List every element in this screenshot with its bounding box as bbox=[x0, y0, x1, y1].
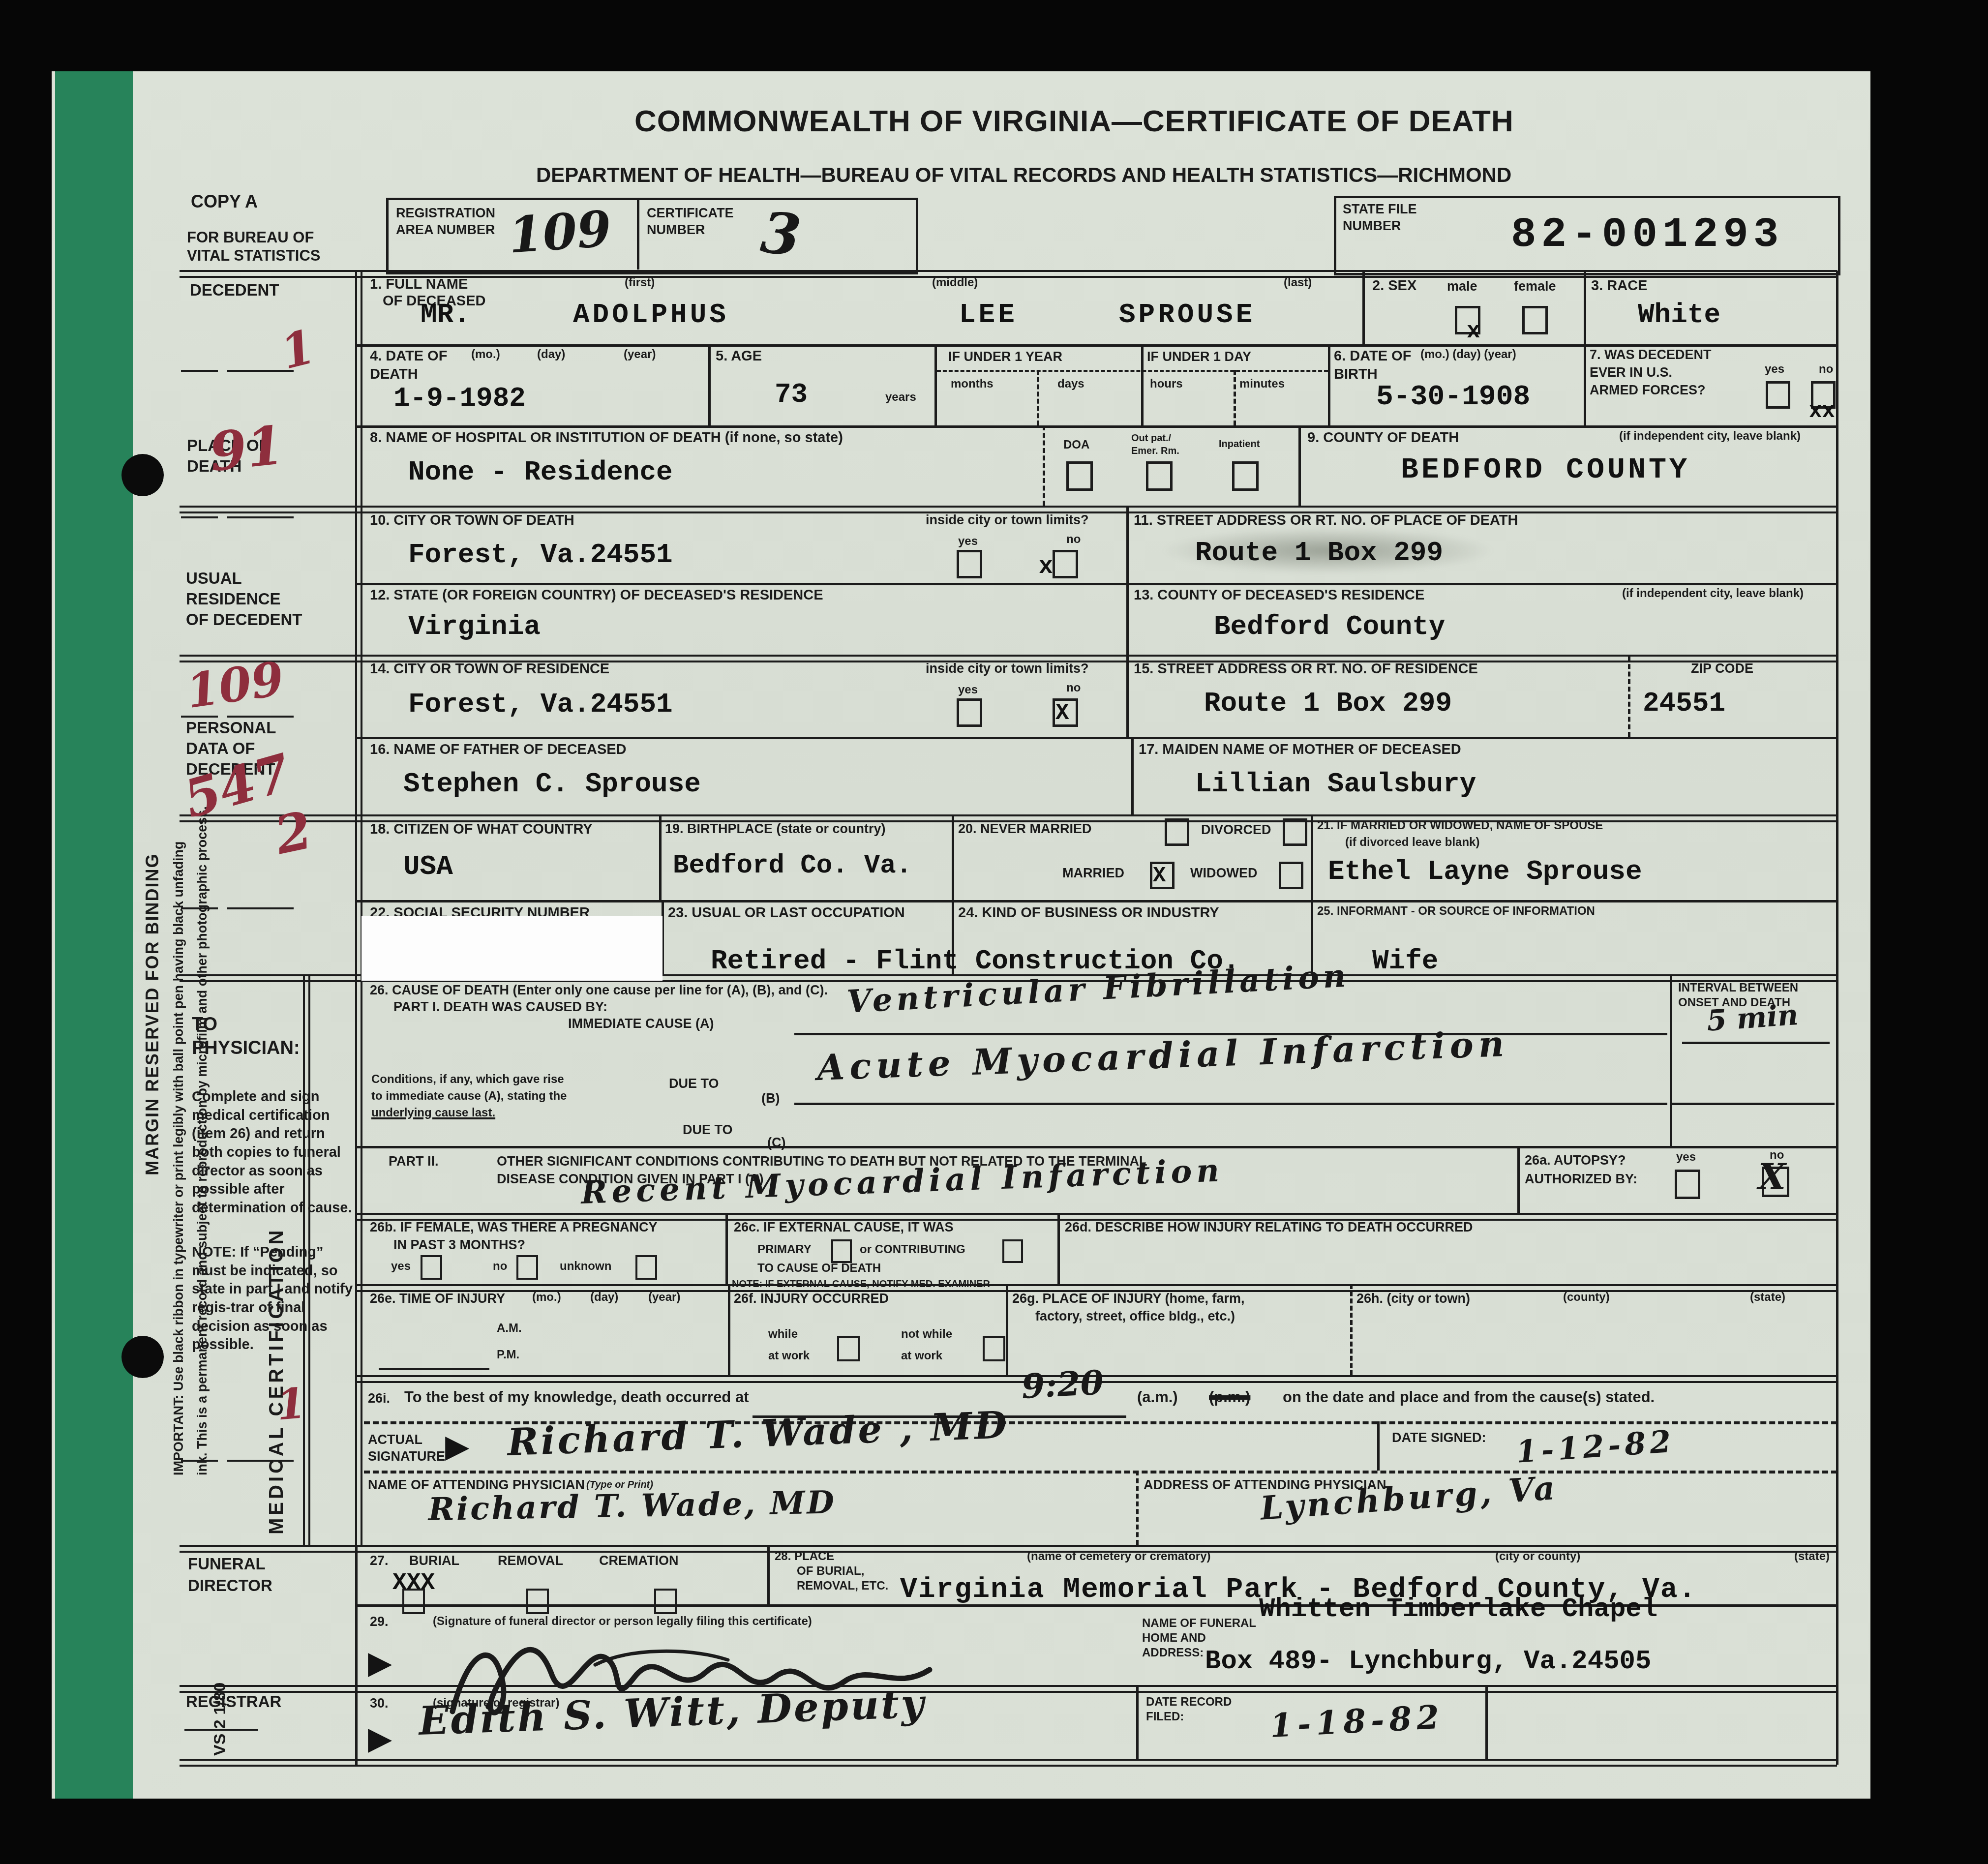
grid-line bbox=[180, 1545, 1837, 1553]
registration-area-label-2: AREA NUMBER bbox=[396, 222, 495, 237]
grid-line bbox=[1584, 272, 1586, 344]
contributing-label: or CONTRIBUTING bbox=[860, 1243, 965, 1257]
c-label: (C) bbox=[767, 1135, 785, 1150]
never-married-checkbox bbox=[1165, 818, 1189, 846]
field-13-note: (if independent city, leave blank) bbox=[1622, 587, 1804, 601]
autopsy-no-mark: X bbox=[1758, 1156, 1786, 1198]
state-file-label-2: NUMBER bbox=[1343, 218, 1401, 233]
field-3-label: 3. RACE bbox=[1591, 278, 1647, 294]
field-17-label: 17. MAIDEN NAME OF MOTHER OF DECEASED bbox=[1139, 742, 1461, 757]
name-first-value: ADOLPHUS bbox=[573, 299, 729, 331]
limits-14-no-mark: X bbox=[1055, 700, 1069, 726]
limits-10-no-mark: x bbox=[1039, 554, 1053, 580]
field-4-year: (year) bbox=[624, 348, 656, 361]
grid-line bbox=[1362, 272, 1365, 344]
field-26d-label: 26d. DESCRIBE HOW INJURY RELATING TO DEA… bbox=[1065, 1220, 1473, 1234]
field-7-label-3: ARMED FORCES? bbox=[1590, 383, 1706, 397]
to-physician-note: NOTE: If “Pending” must be indicated, so… bbox=[192, 1243, 354, 1354]
field-26i-number: 26i. bbox=[368, 1391, 390, 1406]
field-18-label: 18. CITIZEN OF WHAT COUNTRY bbox=[370, 821, 593, 837]
hospital-value: None - Residence bbox=[408, 456, 673, 488]
grid-line bbox=[355, 1547, 358, 1765]
funeral-home-address-value: Box 489- Lynchburg, Va.24505 bbox=[1205, 1647, 1651, 1677]
signature-arrow-icon: ▶ bbox=[445, 1430, 469, 1462]
field-4-day: (day) bbox=[537, 348, 565, 361]
grid-line bbox=[357, 737, 1837, 739]
grid-line bbox=[355, 270, 362, 1547]
under-1-day-label: IF UNDER 1 DAY bbox=[1147, 349, 1251, 364]
section-decedent: DECEDENT bbox=[190, 281, 279, 300]
grid-line bbox=[1043, 425, 1045, 506]
date-filed-label-1: DATE RECORD bbox=[1146, 1696, 1232, 1709]
b-label: (B) bbox=[761, 1091, 780, 1106]
attending-physician-handwriting: Richard T. Wade, MD bbox=[428, 1484, 836, 1528]
primary-checkbox bbox=[831, 1239, 852, 1263]
father-value: Stephen C. Sprouse bbox=[403, 768, 701, 800]
field-6-label-1: 6. DATE OF bbox=[1334, 348, 1411, 364]
widowed-label: WIDOWED bbox=[1190, 866, 1257, 880]
bureau-label-2: VITAL STATISTICS bbox=[187, 247, 321, 265]
hours-label: hours bbox=[1150, 378, 1183, 391]
grid-line bbox=[1377, 1421, 1380, 1471]
blank-line bbox=[227, 370, 294, 372]
field-23-label: 23. USUAL OR LAST OCCUPATION bbox=[668, 905, 905, 921]
widowed-checkbox bbox=[1279, 862, 1303, 889]
autopsy-yes-label: yes bbox=[1676, 1151, 1696, 1164]
blank-line bbox=[181, 370, 218, 372]
field-9-label: 9. COUNTY OF DEATH bbox=[1307, 430, 1459, 446]
limits-10-no-label: no bbox=[1066, 533, 1081, 546]
name-last-value: SPROUSE bbox=[1119, 299, 1255, 331]
months-label: months bbox=[951, 378, 994, 391]
grid-line bbox=[1670, 976, 1672, 1146]
field-9-note: (if independent city, leave blank) bbox=[1619, 430, 1801, 443]
not-while-label-1: not while bbox=[901, 1328, 952, 1341]
pregnancy-unknown-label: unknown bbox=[560, 1260, 611, 1273]
field-21-label: 21. IF MARRIED OR WIDOWED, NAME OF SPOUS… bbox=[1317, 819, 1603, 833]
divorced-checkbox bbox=[1283, 818, 1307, 846]
state-file-number: 82-001293 bbox=[1511, 210, 1783, 259]
grid-line bbox=[1485, 1687, 1488, 1759]
am-label: A.M. bbox=[497, 1322, 522, 1335]
grid-line bbox=[357, 425, 1837, 428]
field-16-label: 16. NAME OF FATHER OF DECEASED bbox=[370, 742, 627, 757]
field-28-note-1: (name of cemetery or crematory) bbox=[1027, 1550, 1210, 1563]
field-7-label-2: EVER IN U.S. bbox=[1590, 365, 1672, 380]
section-residence-2: RESIDENCE bbox=[186, 590, 281, 608]
field-26i-end-text: on the date and place and from the cause… bbox=[1283, 1389, 1655, 1406]
interval-handwriting: 5 min bbox=[1706, 998, 1799, 1038]
age-value: 73 bbox=[775, 379, 808, 410]
red-note-physician: 1 bbox=[274, 1379, 308, 1430]
armed-no-mark: xx bbox=[1809, 399, 1835, 424]
burial-label: BURIAL bbox=[409, 1553, 459, 1568]
to-cause-label: TO CAUSE OF DEATH bbox=[757, 1262, 881, 1275]
days-label: days bbox=[1057, 378, 1084, 391]
county-of-death-value: BEDFORD COUNTY bbox=[1401, 453, 1690, 487]
grid-line bbox=[357, 344, 1837, 347]
interval-line-2 bbox=[1672, 1103, 1835, 1105]
registration-area-label-1: REGISTRATION bbox=[396, 206, 495, 220]
funeral-home-label-1: NAME OF FUNERAL bbox=[1142, 1617, 1256, 1630]
margin-binding-text: MARGIN RESERVED FOR BINDING bbox=[143, 703, 162, 1175]
date-of-birth-value: 5-30-1908 bbox=[1376, 381, 1530, 413]
field-20-label: 20. NEVER MARRIED bbox=[958, 821, 1092, 836]
field-26h-label: 26h. (city or town) bbox=[1356, 1291, 1470, 1306]
grid-line bbox=[708, 344, 711, 425]
field-27-number: 27. bbox=[370, 1553, 389, 1568]
grid-line bbox=[1126, 508, 1129, 583]
field-29-number: 29. bbox=[370, 1614, 389, 1629]
field-28-label-2: OF BURIAL, bbox=[797, 1565, 864, 1578]
cremation-label: CREMATION bbox=[599, 1553, 679, 1568]
grid-line bbox=[1126, 657, 1129, 737]
autopsy-yes-checkbox bbox=[1675, 1170, 1700, 1199]
death-certificate-scan: MARGIN RESERVED FOR BINDING IMPORTANT: U… bbox=[0, 0, 1988, 1864]
grid-line bbox=[357, 583, 1837, 585]
sex-female-checkbox bbox=[1522, 306, 1548, 334]
field-26i-text: To the best of my knowledge, death occur… bbox=[404, 1389, 749, 1406]
pregnancy-no-label: no bbox=[493, 1260, 507, 1273]
funeral-home-label-2: HOME AND bbox=[1142, 1632, 1206, 1645]
conditions-note-3: underlying cause last. bbox=[371, 1107, 495, 1120]
26e-mo: (mo.) bbox=[532, 1291, 561, 1304]
due-to-b-label: DUE TO bbox=[669, 1076, 719, 1091]
grid-line bbox=[728, 1284, 730, 1375]
date-of-death-value: 1-9-1982 bbox=[393, 383, 526, 414]
limits-14-yes-checkbox bbox=[957, 698, 982, 727]
grid-line bbox=[1298, 425, 1301, 506]
sex-male-mark: x bbox=[1467, 319, 1480, 344]
field-11-label: 11. STREET ADDRESS OR RT. NO. OF PLACE O… bbox=[1134, 512, 1518, 528]
while-label-2: at work bbox=[768, 1350, 810, 1363]
grid-line bbox=[767, 1547, 770, 1604]
field-26a-label-2: AUTHORIZED BY: bbox=[1525, 1172, 1637, 1186]
26h-county: (county) bbox=[1563, 1291, 1610, 1304]
grid-line bbox=[364, 1471, 1837, 1473]
limits-14-yes-label: yes bbox=[958, 684, 978, 697]
interval-line-1 bbox=[1682, 1042, 1830, 1044]
grid-line bbox=[937, 370, 1328, 372]
time-of-death-handwriting: 9:20 bbox=[1021, 1363, 1105, 1407]
grid-line bbox=[1131, 737, 1134, 814]
limits-14-label: inside city or town limits? bbox=[926, 661, 1089, 676]
copy-label: COPY A bbox=[191, 192, 258, 211]
mother-value: Lillian Saulsbury bbox=[1195, 768, 1476, 800]
outpatient-label-2: Emer. Rm. bbox=[1131, 446, 1179, 456]
part2-label: PART II. bbox=[389, 1154, 439, 1169]
immediate-cause-label: IMMEDIATE CAUSE (A) bbox=[568, 1016, 714, 1031]
grid-line bbox=[357, 900, 1837, 902]
field-5-label: 5. AGE bbox=[716, 348, 762, 364]
field-4-mo: (mo.) bbox=[471, 348, 500, 361]
grid-line bbox=[659, 816, 662, 900]
blank-line bbox=[227, 716, 294, 718]
field-26-label: 26. CAUSE OF DEATH (Enter only one cause… bbox=[370, 983, 828, 997]
name-title-value: MR. bbox=[421, 299, 470, 331]
registrar-signature-arrow-icon: ▶ bbox=[368, 1722, 392, 1754]
hole-punch-bottom bbox=[121, 1336, 164, 1378]
date-filed-label-2: FILED: bbox=[1146, 1711, 1184, 1724]
grid-line bbox=[1517, 1146, 1520, 1213]
grid-line bbox=[1234, 370, 1236, 425]
limits-10-yes-label: yes bbox=[958, 535, 978, 548]
grid-line bbox=[725, 1213, 728, 1284]
field-28-label-1: 28. PLACE bbox=[775, 1550, 834, 1563]
field-26b-label-1: 26b. IF FEMALE, WAS THERE A PREGNANCY bbox=[370, 1220, 658, 1234]
limits-10-yes-checkbox bbox=[957, 550, 982, 578]
inpatient-checkbox bbox=[1232, 461, 1259, 491]
grid-line bbox=[1311, 816, 1313, 900]
field-28-note-2: (city or county) bbox=[1495, 1550, 1580, 1563]
field-8-label: 8. NAME OF HOSPITAL OR INSTITUTION OF DE… bbox=[370, 430, 843, 446]
field-1-first: (first) bbox=[625, 276, 655, 290]
certificate-number-label-1: CERTIFICATE bbox=[647, 206, 734, 220]
sex-female-label: female bbox=[1514, 279, 1556, 294]
field-25-label: 25. INFORMANT - OR SOURCE OF INFORMATION bbox=[1317, 905, 1595, 918]
field-1-last: (last) bbox=[1284, 276, 1312, 290]
date-signed-label: DATE SIGNED: bbox=[1392, 1430, 1486, 1445]
field-28-note-3: (state) bbox=[1794, 1550, 1830, 1563]
sex-male-label: male bbox=[1447, 279, 1477, 294]
race-value: White bbox=[1638, 299, 1720, 331]
married-mark: X bbox=[1153, 864, 1166, 888]
grid-line bbox=[934, 344, 937, 425]
primary-label: PRIMARY bbox=[757, 1243, 812, 1257]
field-6-label-2: BIRTH bbox=[1334, 366, 1378, 382]
grid-line bbox=[1350, 1284, 1353, 1375]
removal-checkbox bbox=[526, 1589, 549, 1614]
due-to-c-label: DUE TO bbox=[683, 1122, 733, 1137]
pm-indicator-struck: (p.m.) bbox=[1209, 1389, 1250, 1406]
inpatient-label: Inpatient bbox=[1219, 439, 1260, 450]
field-12-label: 12. STATE (OR FOREIGN COUNTRY) OF DECEAS… bbox=[370, 587, 823, 603]
funeral-home-label-3: ADDRESS: bbox=[1142, 1647, 1204, 1660]
cause-b-line bbox=[794, 1103, 1667, 1105]
section-personal-1: PERSONAL bbox=[186, 719, 276, 737]
under-1-year-label: IF UNDER 1 YEAR bbox=[948, 349, 1062, 364]
26h-state: (state) bbox=[1750, 1291, 1785, 1304]
pregnancy-unknown-checkbox bbox=[635, 1255, 657, 1280]
while-at-work-checkbox bbox=[837, 1336, 860, 1361]
field-26f-label: 26f. INJURY OCCURRED bbox=[734, 1291, 889, 1306]
part1-label: PART I. DEATH WAS CAUSED BY: bbox=[393, 999, 607, 1014]
state-file-label-1: STATE FILE bbox=[1343, 202, 1417, 216]
street-of-death-value: Route 1 Box 299 bbox=[1195, 537, 1443, 569]
armed-yes-label: yes bbox=[1765, 363, 1784, 376]
grid-line bbox=[1136, 1471, 1139, 1545]
residence-city-value: Forest, Va.24551 bbox=[408, 689, 673, 720]
grid-line bbox=[952, 816, 954, 900]
registration-area-value: 109 bbox=[507, 199, 613, 264]
city-of-death-value: Forest, Va.24551 bbox=[408, 539, 673, 571]
section-residence-3: OF DECEDENT bbox=[186, 611, 302, 629]
field-7-label-1: 7. WAS DECEDENT bbox=[1590, 347, 1712, 362]
grid-line bbox=[1037, 370, 1039, 425]
field-1-label-1: 1. FULL NAME bbox=[370, 276, 468, 292]
residence-state-value: Virginia bbox=[408, 611, 541, 642]
field-1-middle: (middle) bbox=[932, 276, 978, 290]
grid-line bbox=[180, 1685, 1837, 1693]
outpatient-label-1: Out pat./ bbox=[1131, 433, 1171, 444]
grid-line bbox=[1126, 583, 1129, 655]
field-21-note: (if divorced leave blank) bbox=[1345, 836, 1479, 849]
time-blank-line bbox=[379, 1368, 489, 1370]
certificate-number-value: 3 bbox=[758, 199, 804, 270]
not-while-at-work-checkbox bbox=[983, 1336, 1005, 1361]
grid-line bbox=[1136, 1687, 1139, 1759]
spouse-value: Ethel Layne Sprouse bbox=[1328, 856, 1642, 887]
grid-line bbox=[1057, 1213, 1060, 1284]
field-26c-label: 26c. IF EXTERNAL CAUSE, IT WAS bbox=[734, 1220, 954, 1234]
contributing-checkbox bbox=[1002, 1239, 1023, 1263]
to-physician-title-2: PHYSICIAN: bbox=[192, 1038, 300, 1059]
interval-label-1: INTERVAL BETWEEN bbox=[1678, 982, 1798, 995]
grid-line bbox=[1584, 344, 1586, 425]
zip-label: ZIP CODE bbox=[1691, 661, 1753, 676]
pregnancy-no-checkbox bbox=[516, 1255, 538, 1280]
am-indicator: (a.m.) bbox=[1137, 1389, 1178, 1406]
field-13-label: 13. COUNTY OF DECEASED'S RESIDENCE bbox=[1134, 587, 1424, 603]
binding-green-strip bbox=[55, 71, 133, 1799]
name-middle-value: LEE bbox=[959, 299, 1018, 331]
conditions-note-1: Conditions, if any, which gave rise bbox=[371, 1073, 564, 1086]
doa-label: DOA bbox=[1063, 439, 1089, 452]
field-26b-label-2: IN PAST 3 MONTHS? bbox=[393, 1237, 525, 1252]
field-10-label: 10. CITY OR TOWN OF DEATH bbox=[370, 512, 574, 528]
red-note-place: 91 bbox=[207, 414, 287, 483]
field-30-number: 30. bbox=[370, 1696, 389, 1711]
pm-label: P.M. bbox=[497, 1349, 519, 1362]
26e-day: (day) bbox=[590, 1291, 618, 1304]
not-while-label-2: at work bbox=[901, 1350, 942, 1363]
funeral-signature-arrow-icon: ▶ bbox=[368, 1647, 392, 1678]
registration-box-divider bbox=[637, 198, 639, 270]
field-26c-note: NOTE: IF EXTERNAL CAUSE, NOTIFY MED. EXA… bbox=[732, 1279, 990, 1290]
blank-line bbox=[227, 907, 294, 909]
limits-10-no-checkbox bbox=[1053, 550, 1078, 578]
certificate-number-label-2: NUMBER bbox=[647, 222, 705, 237]
ssn-redaction-box bbox=[361, 916, 663, 981]
limits-14-no-label: no bbox=[1066, 682, 1081, 695]
outpatient-checkbox bbox=[1146, 461, 1173, 491]
conditions-note-2: to immediate cause (A), stating the bbox=[371, 1090, 567, 1103]
grid-line bbox=[1006, 1284, 1008, 1375]
field-26g-label-2: factory, street, office bldg., etc.) bbox=[1035, 1309, 1235, 1323]
minutes-label: minutes bbox=[1239, 378, 1285, 391]
section-funeral-1: FUNERAL bbox=[188, 1555, 266, 1573]
divorced-label: DIVORCED bbox=[1201, 822, 1271, 837]
field-24-label: 24. KIND OF BUSINESS OR INDUSTRY bbox=[958, 905, 1219, 921]
field-19-label: 19. BIRTHPLACE (state or country) bbox=[665, 821, 886, 836]
burial-mark: XXX bbox=[392, 1570, 435, 1596]
age-years-label: years bbox=[885, 391, 916, 404]
removal-label: REMOVAL bbox=[498, 1553, 563, 1568]
citizen-value: USA bbox=[403, 851, 453, 882]
field-4-label-2: DEATH bbox=[370, 366, 418, 382]
pregnancy-yes-label: yes bbox=[391, 1260, 411, 1273]
field-15-label: 15. STREET ADDRESS OR RT. NO. OF RESIDEN… bbox=[1134, 661, 1478, 677]
grid-line bbox=[1328, 344, 1330, 425]
grid-line bbox=[1836, 271, 1838, 1765]
to-physician-body: Complete and sign medical certification … bbox=[192, 1088, 354, 1218]
grid-line bbox=[180, 1759, 1837, 1767]
field-26e-label: 26e. TIME OF INJURY bbox=[370, 1291, 505, 1306]
field-2-label: 2. SEX bbox=[1372, 278, 1416, 294]
grid-line bbox=[1141, 344, 1144, 425]
section-funeral-2: DIRECTOR bbox=[188, 1577, 272, 1595]
while-label-1: while bbox=[768, 1328, 798, 1341]
married-label: MARRIED bbox=[1062, 866, 1124, 880]
to-physician-title-1: TO bbox=[192, 1014, 217, 1035]
birthplace-value: Bedford Co. Va. bbox=[673, 851, 912, 881]
limits-10-label: inside city or town limits? bbox=[926, 512, 1089, 527]
blank-line bbox=[227, 516, 294, 518]
field-28-label-3: REMOVAL, ETC. bbox=[797, 1580, 888, 1593]
zip-value: 24551 bbox=[1643, 688, 1725, 719]
actual-signature-label-1: ACTUAL bbox=[368, 1432, 422, 1447]
funeral-home-name-value: Whitten Timberlake Chapel bbox=[1259, 1594, 1657, 1624]
informant-value: Wife bbox=[1372, 945, 1438, 977]
section-registrar: REGISTRAR bbox=[186, 1693, 281, 1711]
26e-year: (year) bbox=[648, 1291, 680, 1304]
field-4-label-1: 4. DATE OF bbox=[370, 348, 447, 364]
field-26g-label-1: 26g. PLACE OF INJURY (home, farm, bbox=[1012, 1291, 1245, 1306]
margin-important-line1: IMPORTANT: Use black ribbon in typewrite… bbox=[171, 511, 186, 1475]
certificate-subtitle: DEPARTMENT OF HEALTH—BUREAU OF VITAL REC… bbox=[536, 163, 1511, 186]
doa-checkbox bbox=[1066, 461, 1093, 491]
armed-no-label: no bbox=[1819, 363, 1833, 376]
armed-yes-checkbox bbox=[1766, 381, 1790, 409]
grid-line bbox=[357, 1146, 1837, 1148]
field-14-label: 14. CITY OR TOWN OF RESIDENCE bbox=[370, 661, 609, 677]
hole-punch-top bbox=[121, 454, 164, 496]
form-number: VS 2 1/80 bbox=[211, 1598, 229, 1756]
pregnancy-yes-checkbox bbox=[421, 1255, 442, 1280]
cremation-checkbox bbox=[654, 1589, 677, 1614]
field-26a-label-1: 26a. AUTOPSY? bbox=[1525, 1153, 1626, 1168]
bureau-label-1: FOR BUREAU OF bbox=[187, 229, 314, 246]
grid-line bbox=[1628, 657, 1630, 737]
field-6-format: (mo.) (day) (year) bbox=[1420, 348, 1516, 361]
certificate-title: COMMONWEALTH OF VIRGINIA—CERTIFICATE OF … bbox=[634, 104, 1514, 138]
residence-county-value: Bedford County bbox=[1214, 611, 1445, 642]
section-residence-1: USUAL bbox=[186, 570, 242, 588]
actual-signature-label-2: SIGNATURE bbox=[368, 1449, 445, 1464]
residence-street-value: Route 1 Box 299 bbox=[1204, 688, 1452, 719]
